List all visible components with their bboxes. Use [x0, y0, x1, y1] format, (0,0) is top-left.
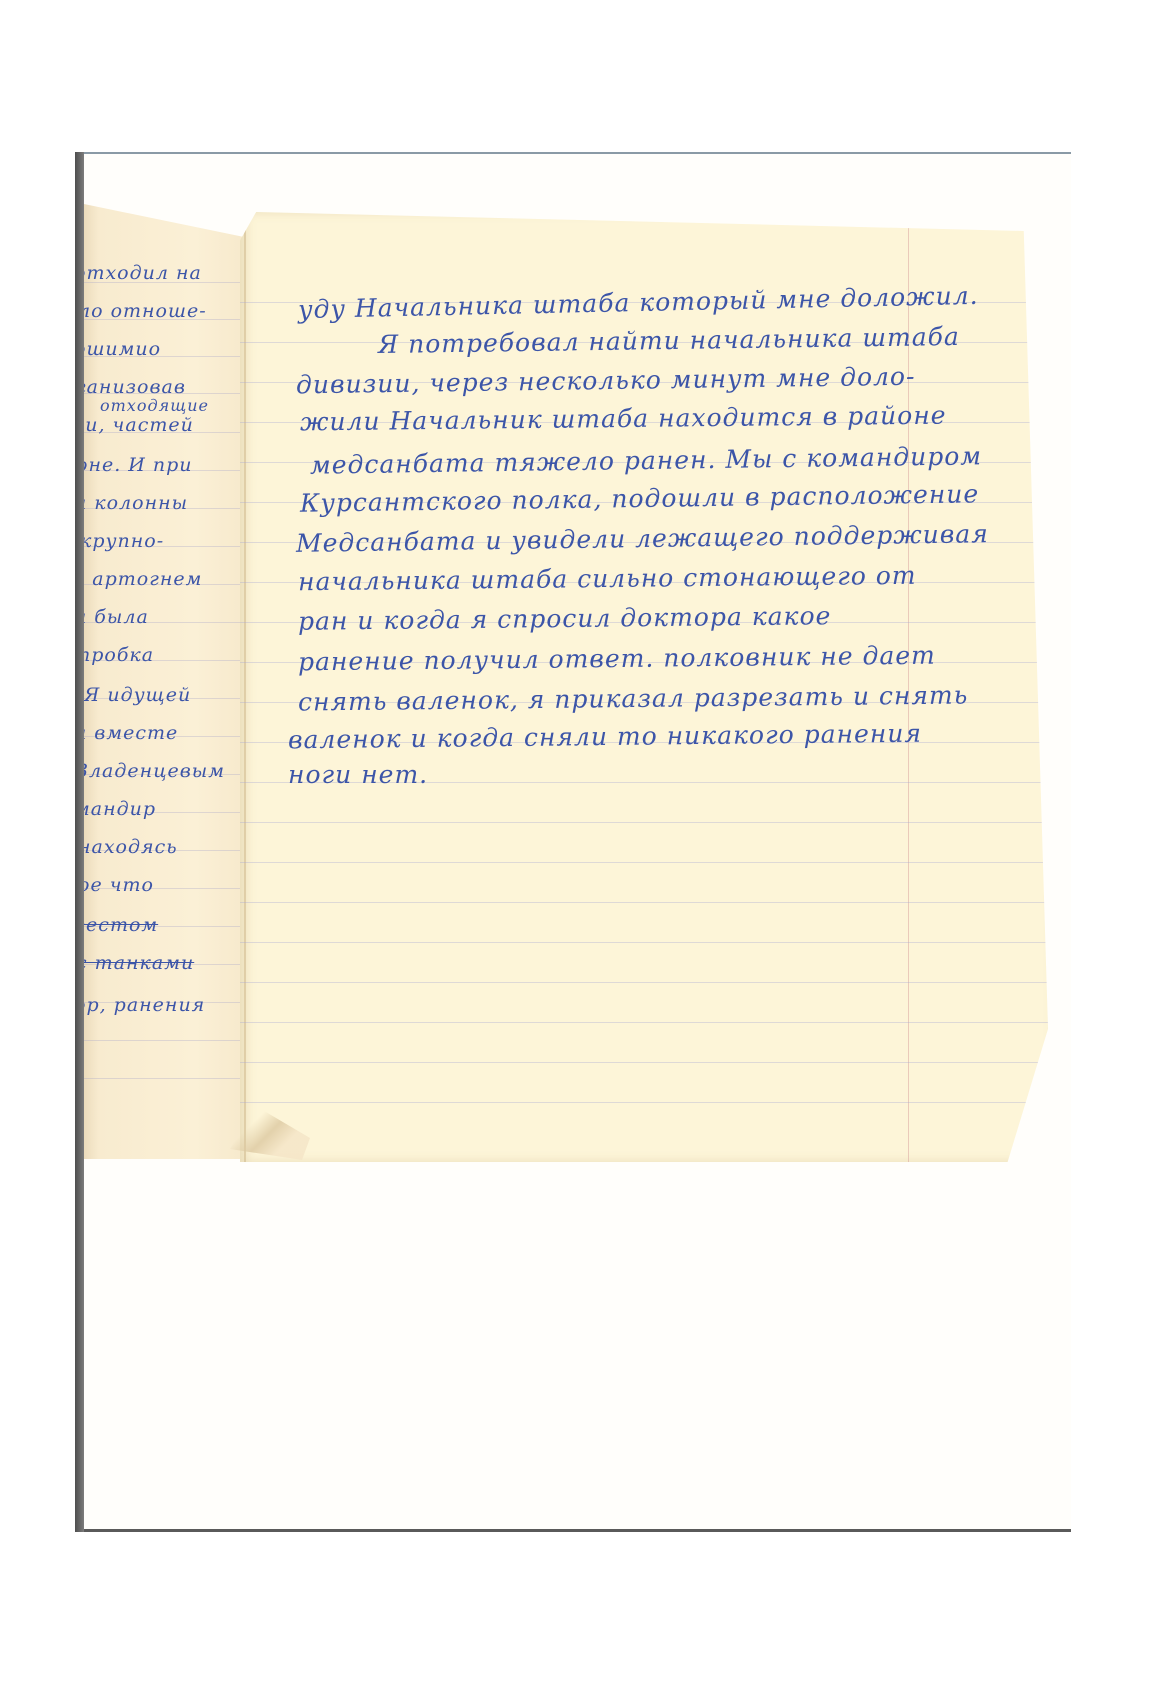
handwritten-line: мандир [84, 798, 156, 820]
handwritten-line: ор, ранения [84, 994, 205, 1016]
handwritten-line: ло отноше- [84, 300, 207, 322]
handwritten-line: ошимио [84, 338, 161, 360]
handwritten-line: и вместе [84, 722, 178, 744]
handwritten-line: находясь [84, 836, 178, 858]
handwritten-line: отходил на [84, 262, 202, 284]
handwritten-line-struck: вестом [84, 914, 158, 936]
handwritten-line: Владенцевым [84, 760, 225, 782]
handwritten-line: ии, частей [84, 414, 194, 436]
handwritten-line: Я идущей [84, 684, 191, 706]
left-page-text: отходил на ло отноше- ошимио ганизовав о… [84, 0, 254, 1683]
handwritten-line: оне. И при [84, 454, 193, 476]
handwritten-line-struck: с танками [84, 952, 194, 974]
handwritten-line: крупно- [84, 530, 164, 552]
handwritten-line: ганизовав [84, 376, 186, 398]
handwritten-line: ое что [84, 874, 154, 896]
handwritten-line: пробка [84, 644, 154, 666]
handwritten-line: и была [84, 606, 149, 628]
handwritten-line: ноги нет. [288, 760, 428, 789]
handwritten-line: и колонны [84, 492, 188, 514]
handwritten-line: отходящие [100, 396, 209, 415]
scanner-edge-shadow [75, 152, 84, 1532]
handwritten-line: ран и когда я спросил доктора какое [298, 601, 832, 636]
handwritten-line: и артогнем [84, 568, 202, 590]
